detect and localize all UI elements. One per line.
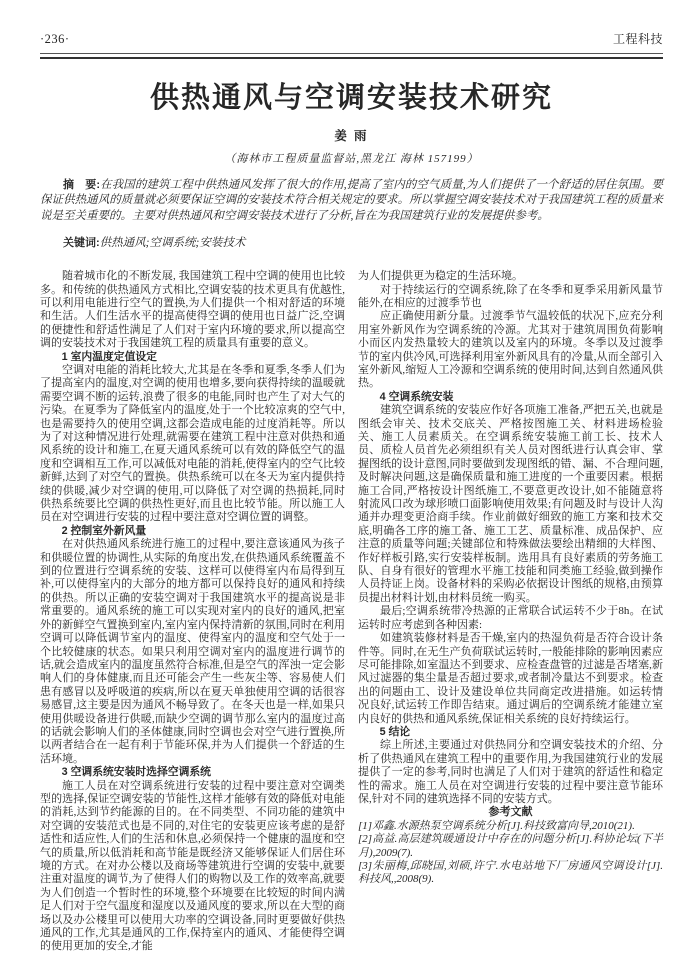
keywords-label: 关键词: xyxy=(63,237,100,249)
page-header: ·236· 工程科技 xyxy=(40,30,663,53)
body-paragraph: 应正确使用新分量。过渡季节气温较低的状况下,应充分利用室外新风作为空调系统的冷源… xyxy=(358,310,663,390)
body-paragraph: 施工人员在对空调系统进行安装的过程中要注意对空调类型的选择,保证空调安装的节能性… xyxy=(40,780,345,954)
header-rule-thin xyxy=(40,53,663,54)
journal-section-label: 工程科技 xyxy=(613,30,663,47)
reference-item: [3]朱丽梅,邱晓国,刘硕,许宁.水电站地下厂房通风空调设计[J].科技风,,2… xyxy=(358,860,663,887)
keywords: 关键词:供热通风;空调系统;安装技术 xyxy=(40,236,663,251)
body-paragraph: 最后;空调系统带冷热源的正常联合试运转不少于8h。在试运转时应考虑到各种因素: xyxy=(358,605,663,632)
left-column: 随着城市化的不断发展, 我国建筑工程中空调的使用也比较多。和传统的供热通风方式相… xyxy=(40,270,345,954)
abstract: 摘 要:在我国的建筑工程中供热通风发挥了很大的作用,提高了室内的空气质量,为人们… xyxy=(40,178,663,224)
author-name: 姜 雨 xyxy=(40,126,663,144)
body-columns: 随着城市化的不断发展, 我国建筑工程中空调的使用也比较多。和传统的供热通风方式相… xyxy=(40,270,663,954)
section-heading: 4 空调系统安装 xyxy=(358,391,663,404)
section-heading: 2 控制室外新风量 xyxy=(40,525,345,538)
abstract-label: 摘 要: xyxy=(63,179,100,191)
section-heading: 1 室内温度定值设定 xyxy=(40,351,345,364)
body-paragraph: 综上所述,主要通过对供热同分和空调安装技术的介绍、分析了供热通风在建筑工程中的重… xyxy=(358,739,663,806)
section-heading: 5 结论 xyxy=(358,726,663,739)
header-rule-thick xyxy=(40,57,663,59)
body-paragraph: 对于持续运行的空调系统,除了在冬季和夏季采用新风量节能外,在相应的过渡季节也 xyxy=(358,284,663,311)
references-title: 参考文献 xyxy=(358,806,663,819)
reference-item: [2]高益.高层建筑暖通设计中存在的问题分析[J].科协论坛(下半月),2009… xyxy=(358,833,663,860)
paper-page: ·236· 工程科技 供热通风与空调安装技术研究 姜 雨 （海林市工程质量监督站… xyxy=(0,0,700,967)
keywords-text: 供热通风;空调系统;安装技术 xyxy=(100,237,246,249)
body-paragraph: 如建筑装修材料是否干燥,室内的热湿负荷是否符合设计条件等。同时,在无生产负荷联试… xyxy=(358,632,663,726)
section-heading: 3 空调系统安装时选择空调系统 xyxy=(40,766,345,779)
page-number: ·236· xyxy=(40,32,70,47)
body-paragraph-continuation: 为人们提供更为稳定的生活环境。 xyxy=(358,270,663,283)
abstract-text: 在我国的建筑工程中供热通风发挥了很大的作用,提高了室内的空气质量,为人们提供了一… xyxy=(40,179,663,222)
body-paragraph: 在对供热通风系统进行施工的过程中,要注意该通风为孩子和供暖位置的协调性,从实际的… xyxy=(40,538,345,766)
body-paragraph: 建筑空调系统的安装应作好各项施工准备,严把五关,也就是图纸会审关、技术交底关、严… xyxy=(358,404,663,605)
reference-item: [1]邓鑫.水源热泵空调系统分析[J].科技致富向导,2010(21). xyxy=(358,820,663,833)
body-paragraph: 空调对电能的消耗比较大,尤其是在冬季和夏季,冬季人们为了提高室内的温度,对空调的… xyxy=(40,364,345,525)
right-column: 为人们提供更为稳定的生活环境。对于持续运行的空调系统,除了在冬季和夏季采用新风量… xyxy=(358,270,663,954)
paper-title: 供热通风与空调安装技术研究 xyxy=(40,75,663,116)
body-paragraph: 随着城市化的不断发展, 我国建筑工程中空调的使用也比较多。和传统的供热通风方式相… xyxy=(40,270,345,350)
author-affiliation: （海林市工程质量监督站,黑龙江 海林 157199） xyxy=(40,150,663,166)
